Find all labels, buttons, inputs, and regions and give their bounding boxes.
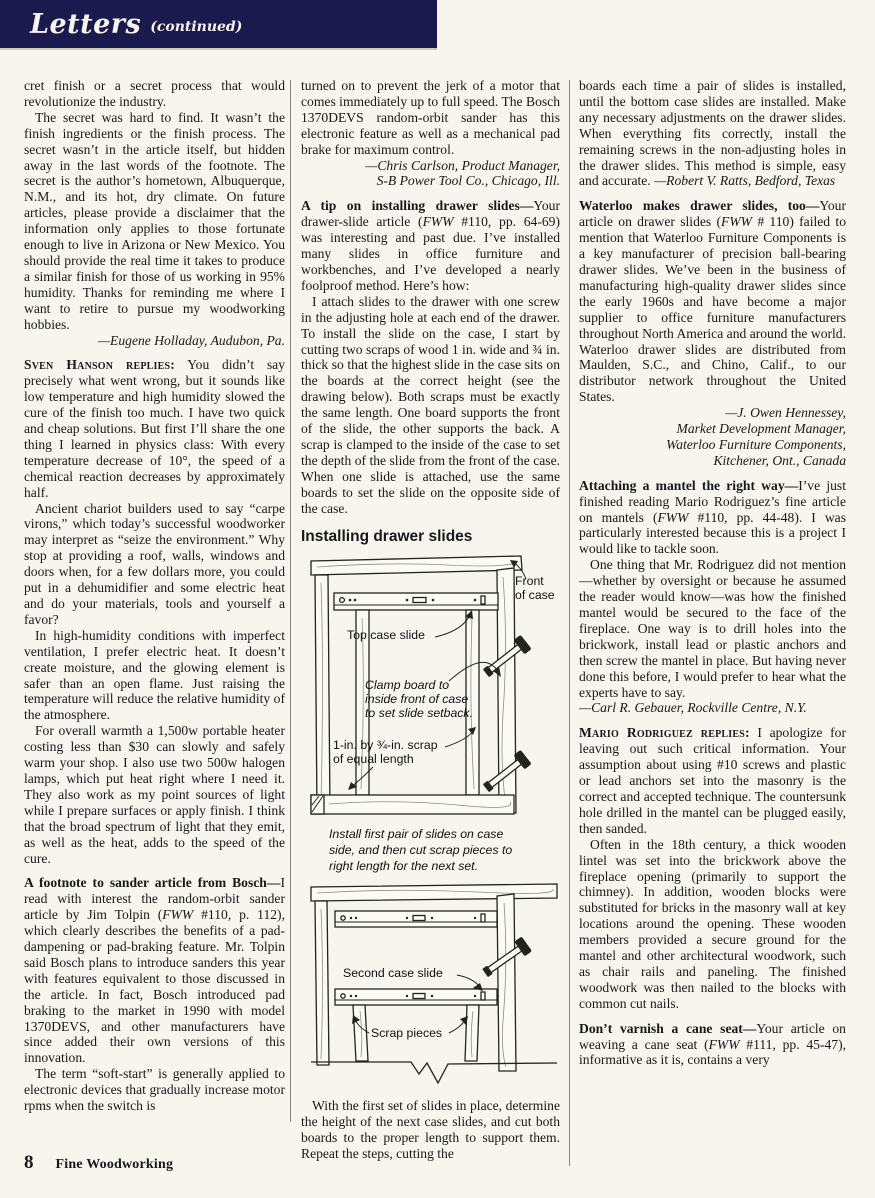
column-divider [290, 80, 291, 1122]
paragraph: One thing that Mr. Rodriguez did not men… [579, 557, 846, 700]
letter-signature: —Carl R. Gebauer, Rockville Centre, N.Y. [579, 700, 846, 716]
section-subtitle: (continued) [150, 19, 242, 35]
figure-caption: Install first pair of slides on case sid… [329, 827, 560, 875]
figure-installing-drawer-slides-1: Front of case Top case slide Clamp board… [307, 553, 563, 817]
paragraph: For overall warmth a 1,500w portable hea… [24, 723, 285, 866]
letter-heading-paragraph: Don’t varnish a cane seat—Your article o… [579, 1021, 846, 1069]
magazine-name: Fine Woodworking [56, 1157, 174, 1173]
figure-installing-drawer-slides-2: Second case slide Scrap pieces [307, 881, 563, 1089]
letter-signature: —Eugene Holladay, Audubon, Pa. [24, 333, 285, 349]
editor-reply: Mario Rodriguez replies: I apologize for… [579, 725, 846, 836]
paragraph: I attach slides to the drawer with one s… [301, 294, 560, 517]
paragraph: With the first set of slides in place, d… [301, 1098, 560, 1162]
column-2: turned on to prevent the jerk of a motor… [301, 78, 560, 1162]
page-number: 8 [24, 1152, 34, 1174]
figure-label-clamp-board: Clamp board to inside front of case to s… [365, 679, 525, 721]
paragraph: The secret was hard to find. It wasn’t t… [24, 110, 285, 333]
column-3: boards each time a pair of slides is ins… [579, 78, 846, 1068]
letter-heading-paragraph: Attaching a mantel the right way—I’ve ju… [579, 478, 846, 558]
figure-label-second-case-slide: Second case slide [343, 967, 463, 981]
section-masthead: Letters (continued) [0, 0, 437, 50]
letter-heading-paragraph: Waterloo makes drawer slides, too—Your a… [579, 198, 846, 405]
paragraph: Ancient chariot builders used to say “ca… [24, 501, 285, 628]
column-1: cret finish or a secret process that wou… [24, 78, 285, 1114]
paragraph: cret finish or a secret process that wou… [24, 78, 285, 110]
letter-signature: —J. Owen Hennessey, Market Development M… [579, 405, 846, 469]
drawer-slides-illustration-2 [307, 881, 563, 1089]
figure-label-scrap: 1-in. by ¾-in. scrap of equal length [333, 739, 483, 767]
letter-signature-inline: —Robert V. Ratts, Bedford, Texas [654, 173, 835, 188]
letter-signature: —Chris Carlson, Product Manager, S-B Pow… [301, 158, 560, 190]
paragraph: boards each time a pair of slides is ins… [579, 78, 846, 189]
page-footer: 8 Fine Woodworking [24, 1152, 173, 1174]
paragraph: turned on to prevent the jerk of a motor… [301, 78, 560, 158]
column-divider [569, 80, 570, 1166]
figure-label-scrap-pieces: Scrap pieces [371, 1027, 461, 1041]
paragraph: The term “soft-start” is generally appli… [24, 1066, 285, 1114]
section-title: Letters [30, 9, 141, 40]
paragraph: Often in the 18th century, a thick woode… [579, 837, 846, 1012]
paragraph: In high-humidity conditions with imperfe… [24, 628, 285, 723]
editor-reply: Sven Hanson replies: You didn’t say prec… [24, 357, 285, 500]
figure-label-top-case-slide: Top case slide [347, 629, 457, 643]
letter-heading-paragraph: A footnote to sander article from Bosch—… [24, 875, 285, 1066]
letter-heading-paragraph: A tip on installing drawer slides—Your d… [301, 198, 560, 293]
figure-label-front-of-case: Front of case [515, 575, 569, 603]
figure-title: Installing drawer slides [301, 529, 560, 545]
